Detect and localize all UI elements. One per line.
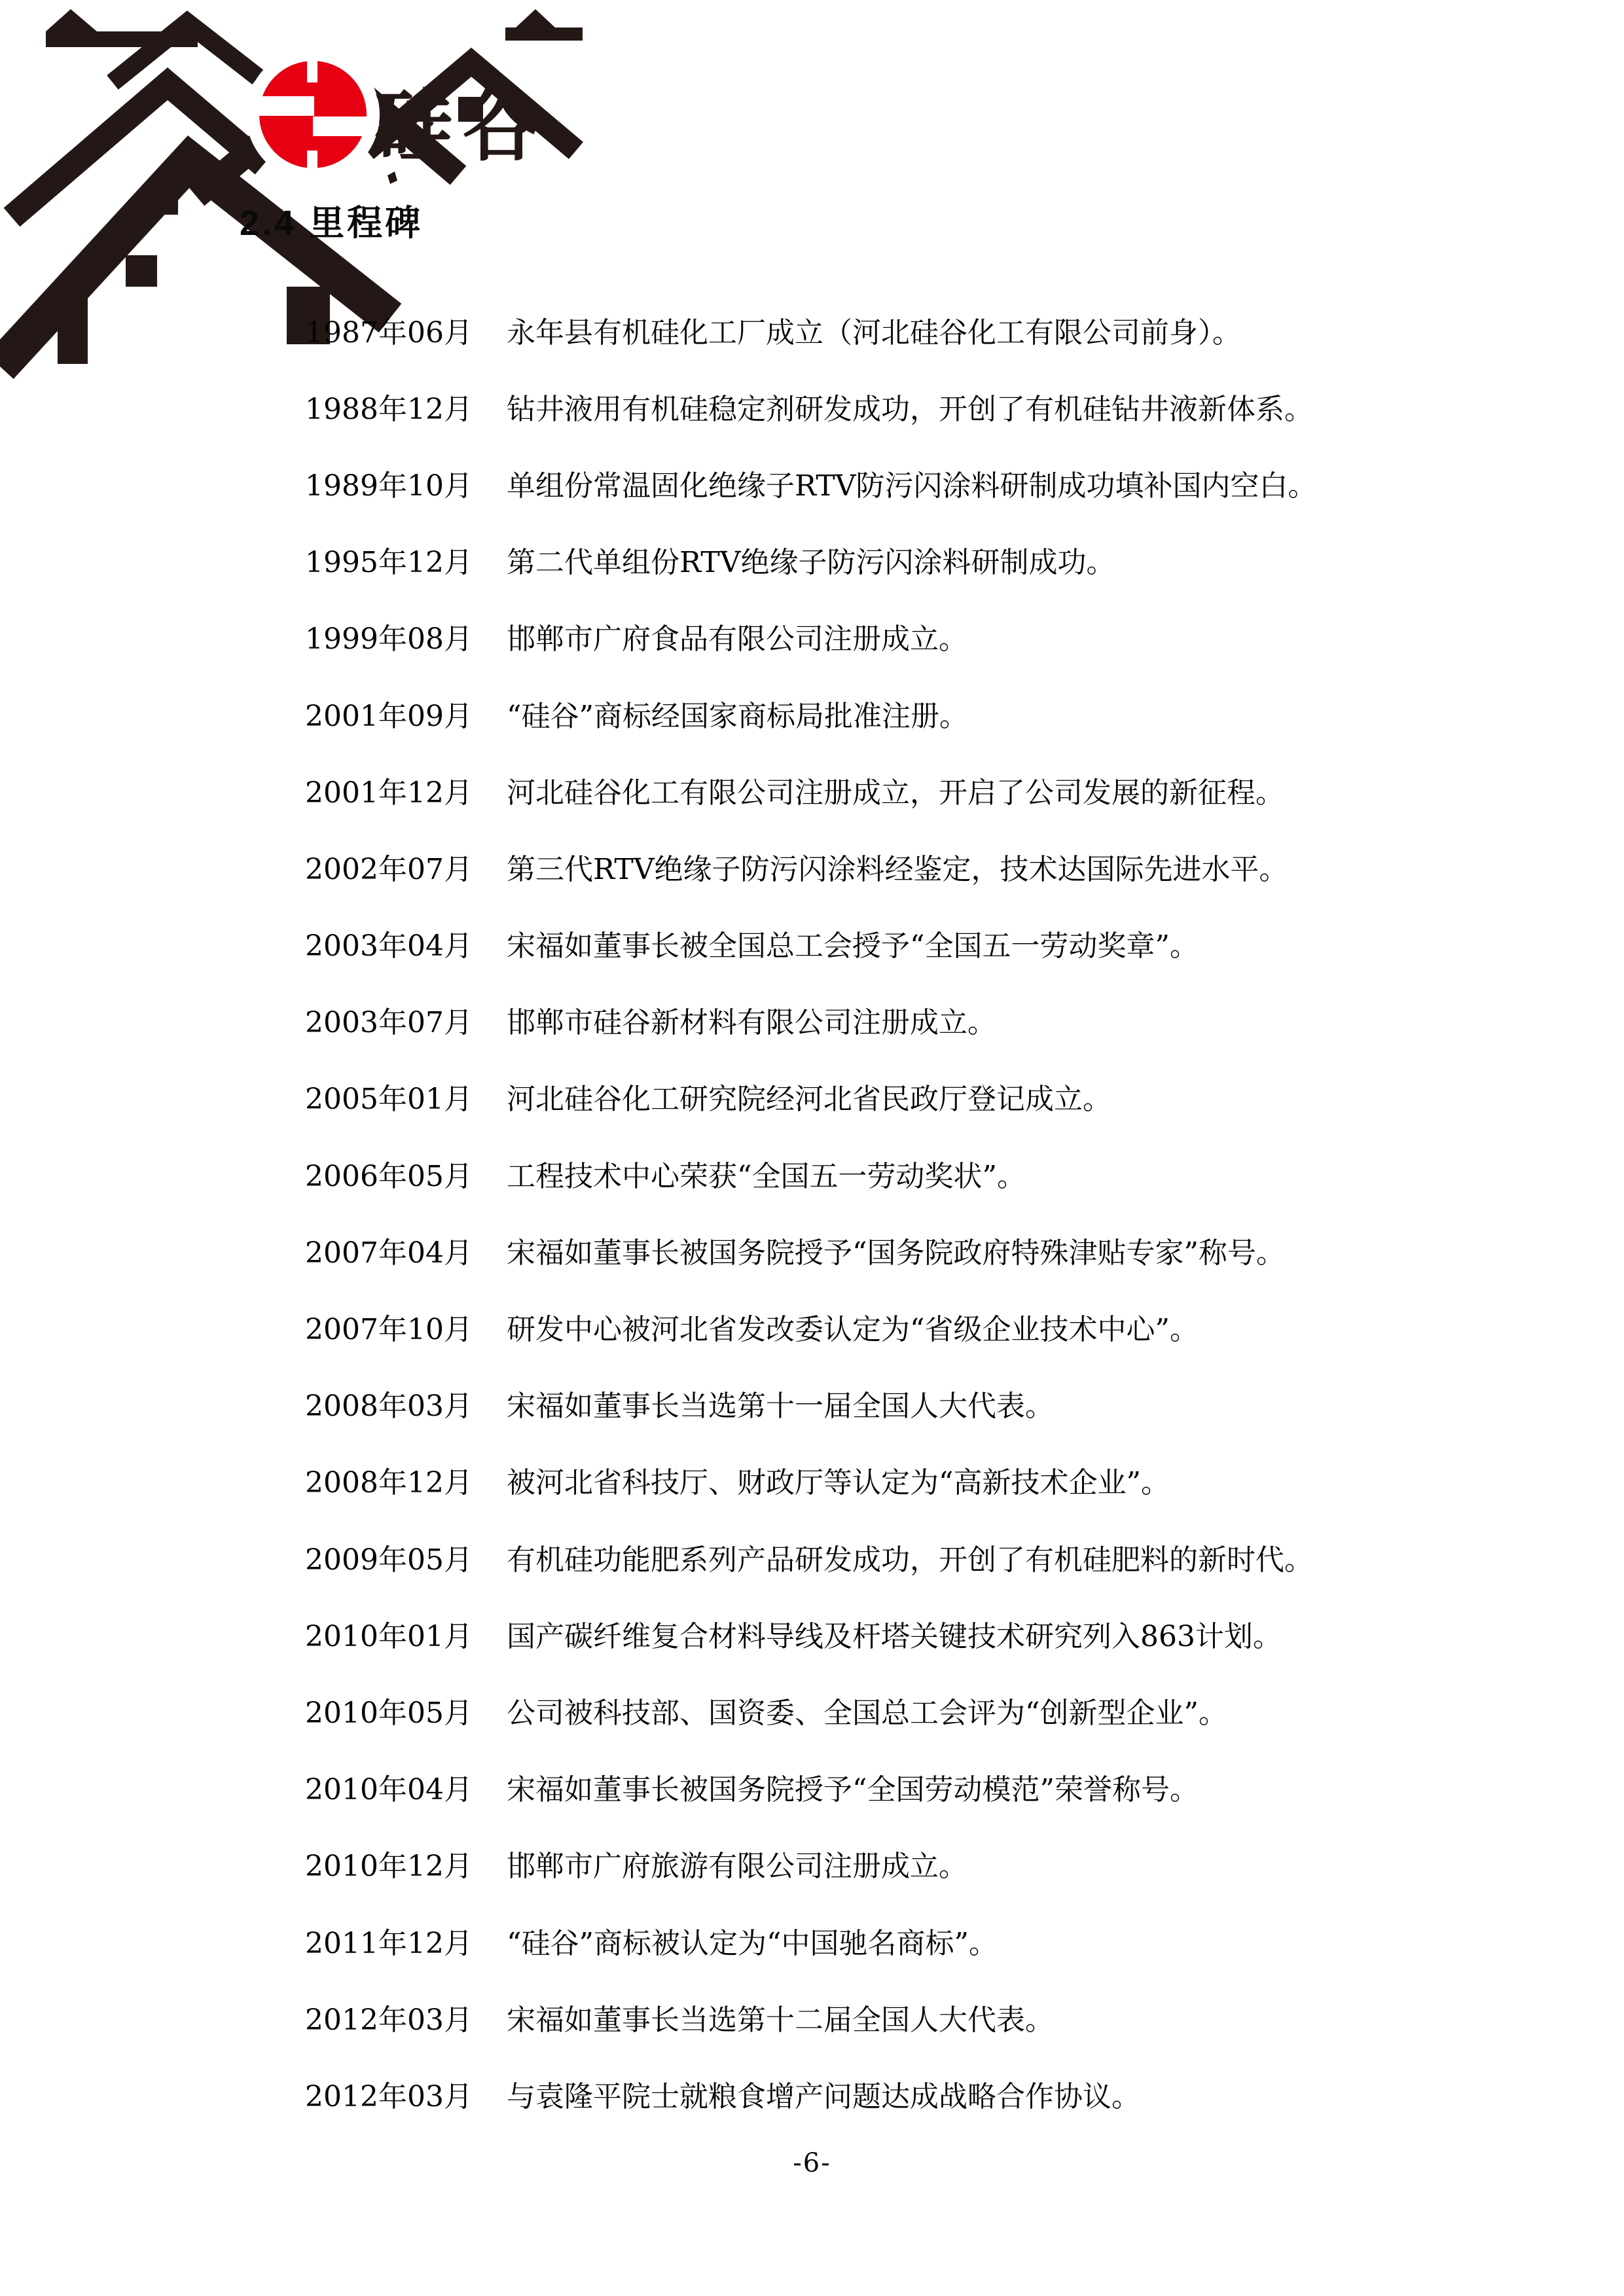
milestone-event: 宋福如董事长被全国总工会授予“全国五一劳动奖章”。	[507, 932, 1199, 961]
milestone-row: 2007年04月 宋福如董事长被国务院授予“国务院政府特殊津贴专家”称号。	[305, 1215, 1316, 1291]
milestone-row: 2008年12月 被河北省科技厅、财政厅等认定为“高新技术企业”。	[305, 1445, 1316, 1522]
milestone-list: 1987年06月 永年县有机硅化工厂成立（河北硅谷化工有限公司前身）。 1988…	[305, 295, 1316, 2136]
emblem-slit-bottom	[307, 151, 317, 174]
milestone-row: 2010年05月 公司被科技部、国资委、全国总工会评为“创新型企业”。	[305, 1675, 1316, 1751]
emblem-cut-left	[257, 96, 314, 116]
milestone-row: 1999年08月 邯郸市广府食品有限公司注册成立。	[305, 601, 1316, 678]
milestone-event: 宋福如董事长当选第十二届全国人大代表。	[507, 2006, 1054, 2035]
logo-block-1	[126, 255, 157, 287]
milestone-event: 研发中心被河北省发改委认定为“省级企业技术中心”。	[507, 1316, 1199, 1344]
document-page: 硅谷 2.4 里程碑 1987年06月 永年县有机硅化工厂成立（河北硅谷化工有限…	[0, 0, 1624, 2296]
milestone-date: 2003年04月	[305, 932, 507, 961]
logo-brand-text: 硅谷	[374, 82, 550, 170]
milestone-row: 2006年05月 工程技术中心荣获“全国五一劳动奖状”。	[305, 1138, 1316, 1215]
milestone-row: 2005年01月 河北硅谷化工研究院经河北省民政厅登记成立。	[305, 1062, 1316, 1138]
milestone-date: 2008年03月	[305, 1392, 507, 1421]
emblem-cut-right	[313, 117, 370, 136]
milestone-date: 2007年04月	[305, 1239, 507, 1268]
milestone-row: 2002年07月 第三代RTV绝缘子防污闪涂料经鉴定，技术达国际先进水平。	[305, 831, 1316, 908]
milestone-event: 河北硅谷化工研究院经河北省民政厅登记成立。	[507, 1085, 1111, 1114]
milestone-row: 2003年04月 宋福如董事长被全国总工会授予“全国五一劳动奖章”。	[305, 908, 1316, 985]
logo-block-2	[58, 293, 88, 364]
emblem-slit-top	[307, 59, 317, 82]
milestone-date: 2010年04月	[305, 1776, 507, 1804]
roof-peak-left	[46, 9, 97, 31]
emblem-tick	[388, 171, 397, 184]
milestone-event: 邯郸市广府旅游有限公司注册成立。	[507, 1852, 967, 1881]
roof-middle-small	[113, 22, 258, 82]
milestone-row: 1995年12月 第二代单组份RTV绝缘子防污闪涂料研制成功。	[305, 525, 1316, 601]
milestone-date: 2007年10月	[305, 1316, 507, 1344]
milestone-date: 1995年12月	[305, 548, 507, 577]
milestone-row: 2008年03月 宋福如董事长当选第十一届全国人大代表。	[305, 1369, 1316, 1445]
milestone-date: 2012年03月	[305, 2083, 507, 2111]
milestone-row: 2012年03月 与袁隆平院士就粮食增产问题达成战略合作协议。	[305, 2058, 1316, 2135]
milestone-event: 钻井液用有机硅稳定剂研发成功，开创了有机硅钻井液新体系。	[507, 395, 1313, 424]
milestone-date: 2010年12月	[305, 1852, 507, 1881]
milestone-event: 宋福如董事长被国务院授予“全国劳动模范”荣誉称号。	[507, 1776, 1199, 1804]
milestone-event: 有机硅功能肥系列产品研发成功，开创了有机硅肥料的新时代。	[507, 1546, 1313, 1575]
milestone-event: 被河北省科技厅、财政厅等认定为“高新技术企业”。	[507, 1469, 1170, 1498]
milestone-event: 工程技术中心荣获“全国五一劳动奖状”。	[507, 1162, 1026, 1191]
milestone-date: 1999年08月	[305, 625, 507, 654]
milestone-row: 2012年03月 宋福如董事长当选第十二届全国人大代表。	[305, 1982, 1316, 2058]
milestone-event: 第三代RTV绝缘子防污闪涂料经鉴定，技术达国际先进水平。	[507, 855, 1288, 884]
milestone-row: 1987年06月 永年县有机硅化工厂成立（河北硅谷化工有限公司前身）。	[305, 295, 1316, 371]
milestone-event: “硅谷”商标被认定为“中国驰名商标”。	[507, 1929, 998, 1958]
milestone-event: 宋福如董事长当选第十一届全国人大代表。	[507, 1392, 1054, 1421]
milestone-event: 国产碳纤维复合材料导线及杆塔关键技术研究列入863计划。	[507, 1623, 1282, 1651]
milestone-date: 2008年12月	[305, 1469, 507, 1498]
milestone-row: 2001年09月 “硅谷”商标经国家商标局批准注册。	[305, 678, 1316, 755]
milestone-row: 2010年01月 国产碳纤维复合材料导线及杆塔关键技术研究列入863计划。	[305, 1598, 1316, 1675]
milestone-date: 2009年05月	[305, 1546, 507, 1575]
milestone-date: 2012年03月	[305, 2006, 507, 2035]
milestone-row: 2003年07月 邯郸市硅谷新材料有限公司注册成立。	[305, 985, 1316, 1062]
milestone-date: 2010年01月	[305, 1623, 507, 1651]
milestone-event: 河北硅谷化工有限公司注册成立，开启了公司发展的新征程。	[507, 779, 1284, 808]
milestone-event: 邯郸市广府食品有限公司注册成立。	[507, 625, 967, 654]
milestone-event: “硅谷”商标经国家商标局批准注册。	[507, 702, 968, 731]
milestone-date: 2001年09月	[305, 702, 507, 731]
milestone-date: 2006年05月	[305, 1162, 507, 1191]
milestone-row: 1989年10月 单组份常温固化绝缘子RTV防污闪涂料研制成功填补国内空白。	[305, 448, 1316, 524]
milestone-event: 永年县有机硅化工厂成立（河北硅谷化工有限公司前身）。	[507, 319, 1241, 348]
milestone-date: 1987年06月	[305, 319, 507, 348]
milestone-date: 2005年01月	[305, 1085, 507, 1114]
milestone-date: 1988年12月	[305, 395, 507, 424]
milestone-date: 1989年10月	[305, 472, 507, 501]
page-number: -6-	[0, 2148, 1624, 2178]
milestone-row: 2010年12月 邯郸市广府旅游有限公司注册成立。	[305, 1829, 1316, 1905]
milestone-event: 公司被科技部、国资委、全国总工会评为“创新型企业”。	[507, 1699, 1227, 1728]
milestone-row: 2009年05月 有机硅功能肥系列产品研发成功，开创了有机硅肥料的新时代。	[305, 1522, 1316, 1598]
milestone-event: 邯郸市硅谷新材料有限公司注册成立。	[507, 1009, 996, 1037]
roof-peak-right	[516, 9, 555, 27]
milestone-row: 1988年12月 钻井液用有机硅稳定剂研发成功，开创了有机硅钻井液新体系。	[305, 371, 1316, 448]
milestone-row: 2007年10月 研发中心被河北省发改委认定为“省级企业技术中心”。	[305, 1291, 1316, 1368]
milestone-event: 宋福如董事长被国务院授予“国务院政府特殊津贴专家”称号。	[507, 1239, 1285, 1268]
milestone-date: 2011年12月	[305, 1929, 507, 1958]
milestone-event: 单组份常温固化绝缘子RTV防污闪涂料研制成功填补国内空白。	[507, 472, 1316, 501]
section-heading: 2.4 里程碑	[240, 195, 423, 245]
milestone-date: 2001年12月	[305, 779, 507, 808]
milestone-event: 第二代单组份RTV绝缘子防污闪涂料研制成功。	[507, 548, 1115, 577]
milestone-date: 2003年07月	[305, 1009, 507, 1037]
milestone-event: 与袁隆平院士就粮食增产问题达成战略合作协议。	[507, 2083, 1140, 2111]
milestone-date: 2002年07月	[305, 855, 507, 884]
milestone-date: 2010年05月	[305, 1699, 507, 1728]
milestone-row: 2001年12月 河北硅谷化工有限公司注册成立，开启了公司发展的新征程。	[305, 755, 1316, 831]
milestone-row: 2011年12月 “硅谷”商标被认定为“中国驰名商标”。	[305, 1905, 1316, 1982]
milestone-row: 2010年04月 宋福如董事长被国务院授予“全国劳动模范”荣誉称号。	[305, 1752, 1316, 1829]
roof-bar-right	[505, 27, 583, 41]
